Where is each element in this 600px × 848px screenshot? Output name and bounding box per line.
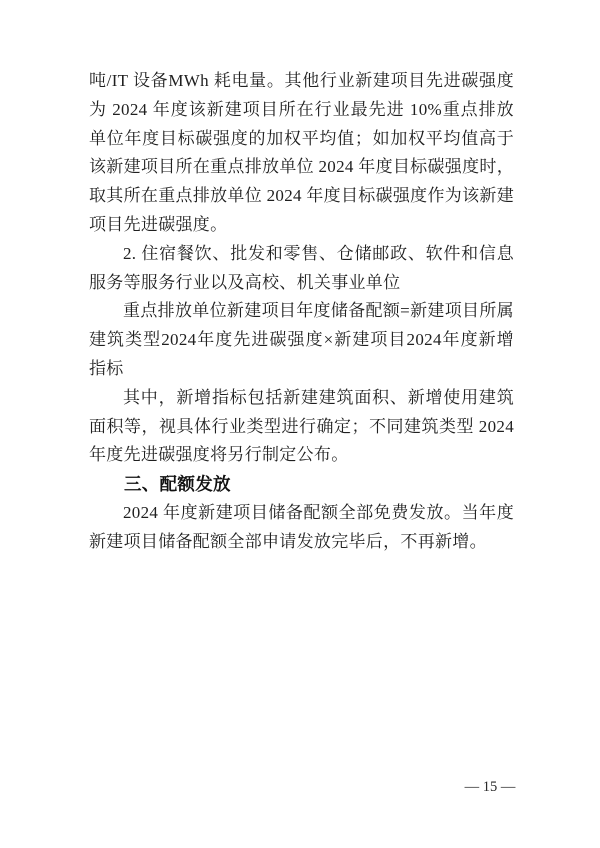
document-page: 吨/IT 设备MWh 耗电量。其他行业新建项目先进碳强度为 2024 年度该新建… [0,0,600,848]
paragraph-quota-issuance-body: 2024 年度新建项目储备配额全部免费发放。当年度新建项目储备配额全部申请发放完… [89,499,514,557]
paragraph-advanced-carbon-intensity: 吨/IT 设备MWh 耗电量。其他行业新建项目先进碳强度为 2024 年度该新建… [89,67,514,240]
paragraph-quota-formula: 重点排放单位新建项目年度储备配额=新建项目所属建筑类型2024年度先进碳强度×新… [89,297,514,383]
section-heading-quota-issuance: 三、配额发放 [89,470,514,499]
document-text-block: 吨/IT 设备MWh 耗电量。其他行业新建项目先进碳强度为 2024 年度该新建… [89,67,514,557]
paragraph-service-industries-item: 2. 住宿餐饮、批发和零售、仓储邮政、软件和信息服务等服务行业以及高校、机关事业… [89,240,514,298]
paragraph-new-indicator-explanation: 其中，新增指标包括新建建筑面积、新增使用建筑面积等，视具体行业类型进行确定；不同… [89,384,514,470]
page-number: — 15 — [460,778,520,796]
